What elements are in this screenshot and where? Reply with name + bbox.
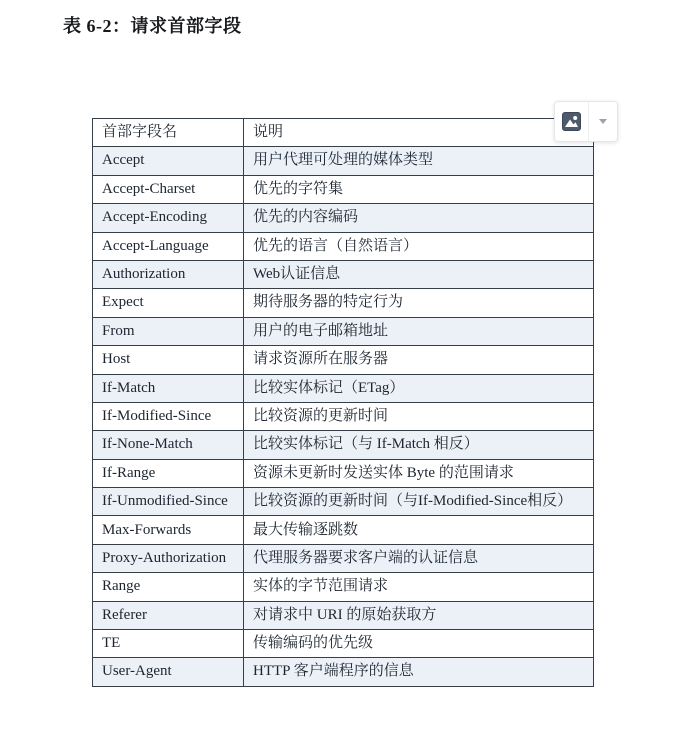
header-field-name-cell: Max-Forwards [93,516,244,544]
table-row: Referer对请求中 URI 的原始获取方 [93,601,594,629]
header-field-name-cell: Expect [93,289,244,317]
description-cell: HTTP 客户端程序的信息 [244,658,594,686]
description-cell: 比较资源的更新时间 [244,402,594,430]
header-field-name-cell: Proxy-Authorization [93,544,244,572]
description-cell: 优先的字符集 [244,175,594,203]
description-cell: 资源未更新时发送实体 Byte 的范围请求 [244,459,594,487]
description-cell: 比较实体标记（与 If-Match 相反） [244,431,594,459]
image-tool-dropdown-button[interactable] [589,102,617,141]
description-cell: 最大传输逐跳数 [244,516,594,544]
header-field-name-cell: Host [93,346,244,374]
table-row: If-None-Match比较实体标记（与 If-Match 相反） [93,431,594,459]
table-row: Accept-Language优先的语言（自然语言） [93,232,594,260]
header-field-name-cell: If-Unmodified-Since [93,488,244,516]
request-header-fields-table: 首部字段名 说明 Accept用户代理可处理的媒体类型Accept-Charse… [92,118,594,687]
table-row: If-Range资源未更新时发送实体 Byte 的范围请求 [93,459,594,487]
header-field-name-cell: From [93,317,244,345]
chevron-down-icon [599,119,607,124]
header-field-name-cell: TE [93,630,244,658]
table-row: If-Match比较实体标记（ETag） [93,374,594,402]
table-row: Range实体的字节范围请求 [93,573,594,601]
description-cell: 优先的语言（自然语言） [244,232,594,260]
table-row: Max-Forwards最大传输逐跳数 [93,516,594,544]
header-field-name-cell: Accept-Charset [93,175,244,203]
header-field-name-cell: Referer [93,601,244,629]
table-row: Accept-Encoding优先的内容编码 [93,204,594,232]
image-icon [562,112,581,131]
floating-image-tool [554,101,618,142]
header-field-name-cell: If-Match [93,374,244,402]
table-row: If-Modified-Since比较资源的更新时间 [93,402,594,430]
table-row: Proxy-Authorization代理服务器要求客户端的认证信息 [93,544,594,572]
header-field-name-cell: If-Modified-Since [93,402,244,430]
table-header-row: 首部字段名 说明 [93,119,594,147]
description-cell: 实体的字节范围请求 [244,573,594,601]
header-field-name-cell: Range [93,573,244,601]
table-row: Accept用户代理可处理的媒体类型 [93,147,594,175]
description-cell: Web认证信息 [244,260,594,288]
table-caption: 表 6-2：请求首部字段 [63,12,242,38]
image-tool-button[interactable] [555,102,589,141]
table-row: AuthorizationWeb认证信息 [93,260,594,288]
description-cell: 用户的电子邮箱地址 [244,317,594,345]
description-cell: 期待服务器的特定行为 [244,289,594,317]
table-row: From用户的电子邮箱地址 [93,317,594,345]
header-field-name-cell: If-None-Match [93,431,244,459]
table-row: TE传输编码的优先级 [93,630,594,658]
header-field-name-column-header: 首部字段名 [93,119,244,147]
description-cell: 请求资源所在服务器 [244,346,594,374]
header-field-name-cell: If-Range [93,459,244,487]
table-row: If-Unmodified-Since比较资源的更新时间（与If-Modifie… [93,488,594,516]
description-cell: 代理服务器要求客户端的认证信息 [244,544,594,572]
header-field-name-cell: Accept-Language [93,232,244,260]
header-field-name-cell: Accept-Encoding [93,204,244,232]
header-field-name-cell: Accept [93,147,244,175]
description-cell: 用户代理可处理的媒体类型 [244,147,594,175]
header-field-name-cell: Authorization [93,260,244,288]
description-cell: 优先的内容编码 [244,204,594,232]
table-row: Expect期待服务器的特定行为 [93,289,594,317]
table-row: Accept-Charset优先的字符集 [93,175,594,203]
description-cell: 比较资源的更新时间（与If-Modified-Since相反） [244,488,594,516]
description-column-header: 说明 [244,119,594,147]
description-cell: 比较实体标记（ETag） [244,374,594,402]
description-cell: 传输编码的优先级 [244,630,594,658]
document-page: 表 6-2：请求首部字段 首部字段名 说明 Accept用户代理可处理的媒体类型… [0,0,696,737]
header-field-name-cell: User-Agent [93,658,244,686]
table-row: User-AgentHTTP 客户端程序的信息 [93,658,594,686]
table-row: Host请求资源所在服务器 [93,346,594,374]
description-cell: 对请求中 URI 的原始获取方 [244,601,594,629]
